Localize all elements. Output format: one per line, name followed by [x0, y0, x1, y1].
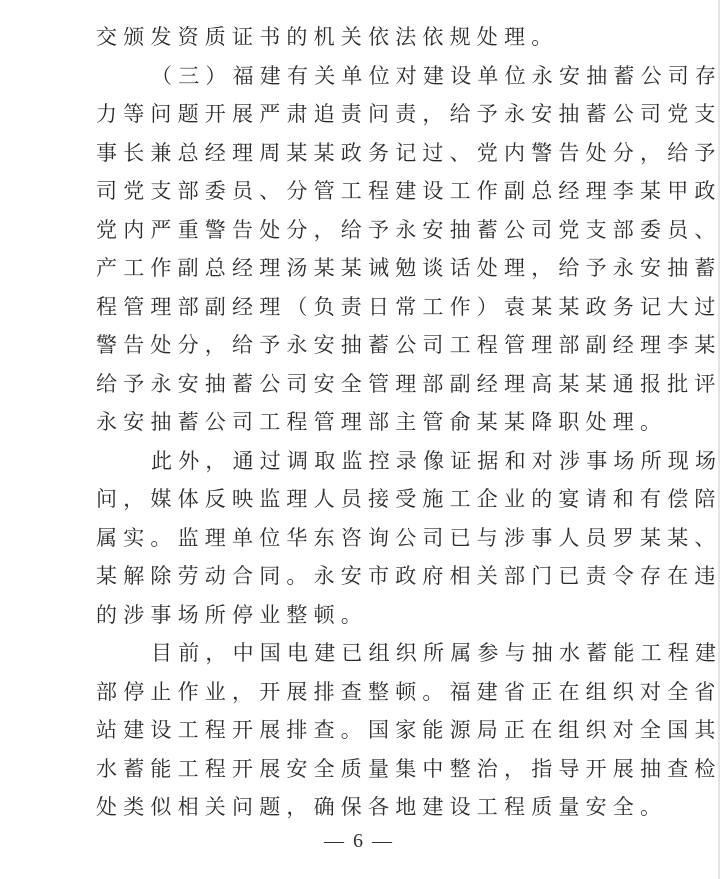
- text-line: 给予永安抽蓄公司安全管理部副经理高某某通报批评处理，给予: [96, 365, 636, 404]
- text-line: 事长兼总经理周某某政务记过、党内警告处分，给予永安抽蓄公: [96, 134, 636, 173]
- text-line: 部停止作业，开展排查整顿。福建省正在组织对全省抽水蓄能电: [96, 673, 636, 712]
- text-line: 站建设工程开展排查。国家能源局正在组织对全国其他地方的抽: [96, 711, 636, 750]
- text-line: 问，媒体反映监理人员接受施工企业的宴请和有偿陪侍情况基本: [96, 480, 636, 519]
- document-body: 交颁发资质证书的机关依法依规处理。 （三）福建有关单位对建设单位永安抽蓄公司存在…: [96, 18, 636, 827]
- document-page: 交颁发资质证书的机关依法依规处理。 （三）福建有关单位对建设单位永安抽蓄公司存在…: [0, 0, 720, 879]
- paragraph-current-actions: 目前，中国电建已组织所属参与抽水蓄能工程建设的单位全 部停止作业，开展排查整顿。…: [96, 634, 636, 827]
- page-number: — 6 —: [0, 830, 718, 853]
- text-line: 司党支部委员、分管工程建设工作副总经理李某甲政务记大过、: [96, 172, 636, 211]
- text-line: 警告处分，给予永安抽蓄公司工程管理部副经理李某乙撤职处理，: [96, 326, 636, 365]
- text-line: 力等问题开展严肃追责问责，给予永安抽蓄公司党支部书记、董: [96, 95, 636, 134]
- text-line: 水蓄能工程开展安全质量集中整治，指导开展抽查检查，重点查: [96, 750, 636, 789]
- text-line: 程管理部副经理（负责日常工作）袁某某政务记大过、党内严重: [96, 288, 636, 327]
- text-line: 属实。监理单位华东咨询公司已与涉事人员罗某某、张某、马某: [96, 519, 636, 558]
- text-line: 交颁发资质证书的机关依法依规处理。: [96, 18, 636, 57]
- text-line: 的涉事场所停业整顿。: [96, 596, 636, 635]
- text-line: 永安抽蓄公司工程管理部主管俞某某降职处理。: [96, 403, 636, 442]
- paragraph-supervision: 此外，通过调取监控录像证据和对涉事场所现场相关人员询 问，媒体反映监理人员接受施…: [96, 442, 636, 635]
- paragraph-continuation: 交颁发资质证书的机关依法依规处理。: [96, 18, 636, 57]
- text-line: 处类似相关问题，确保各地建设工程质量安全。: [96, 788, 636, 827]
- text-line: 产工作副总经理汤某某诫勉谈话处理，给予永安抽蓄公司时任工: [96, 249, 636, 288]
- text-line: （三）福建有关单位对建设单位永安抽蓄公司存在的履职不: [96, 57, 636, 96]
- text-line: 某解除劳动合同。永安市政府相关部门已责令存在违规经营问题: [96, 557, 636, 596]
- text-line: 目前，中国电建已组织所属参与抽水蓄能工程建设的单位全: [96, 634, 636, 673]
- paragraph-accountability: （三）福建有关单位对建设单位永安抽蓄公司存在的履职不 力等问题开展严肃追责问责，…: [96, 57, 636, 442]
- text-line: 党内严重警告处分，给予永安抽蓄公司党支部委员、分管安全生: [96, 211, 636, 250]
- text-line: 此外，通过调取监控录像证据和对涉事场所现场相关人员询: [96, 442, 636, 481]
